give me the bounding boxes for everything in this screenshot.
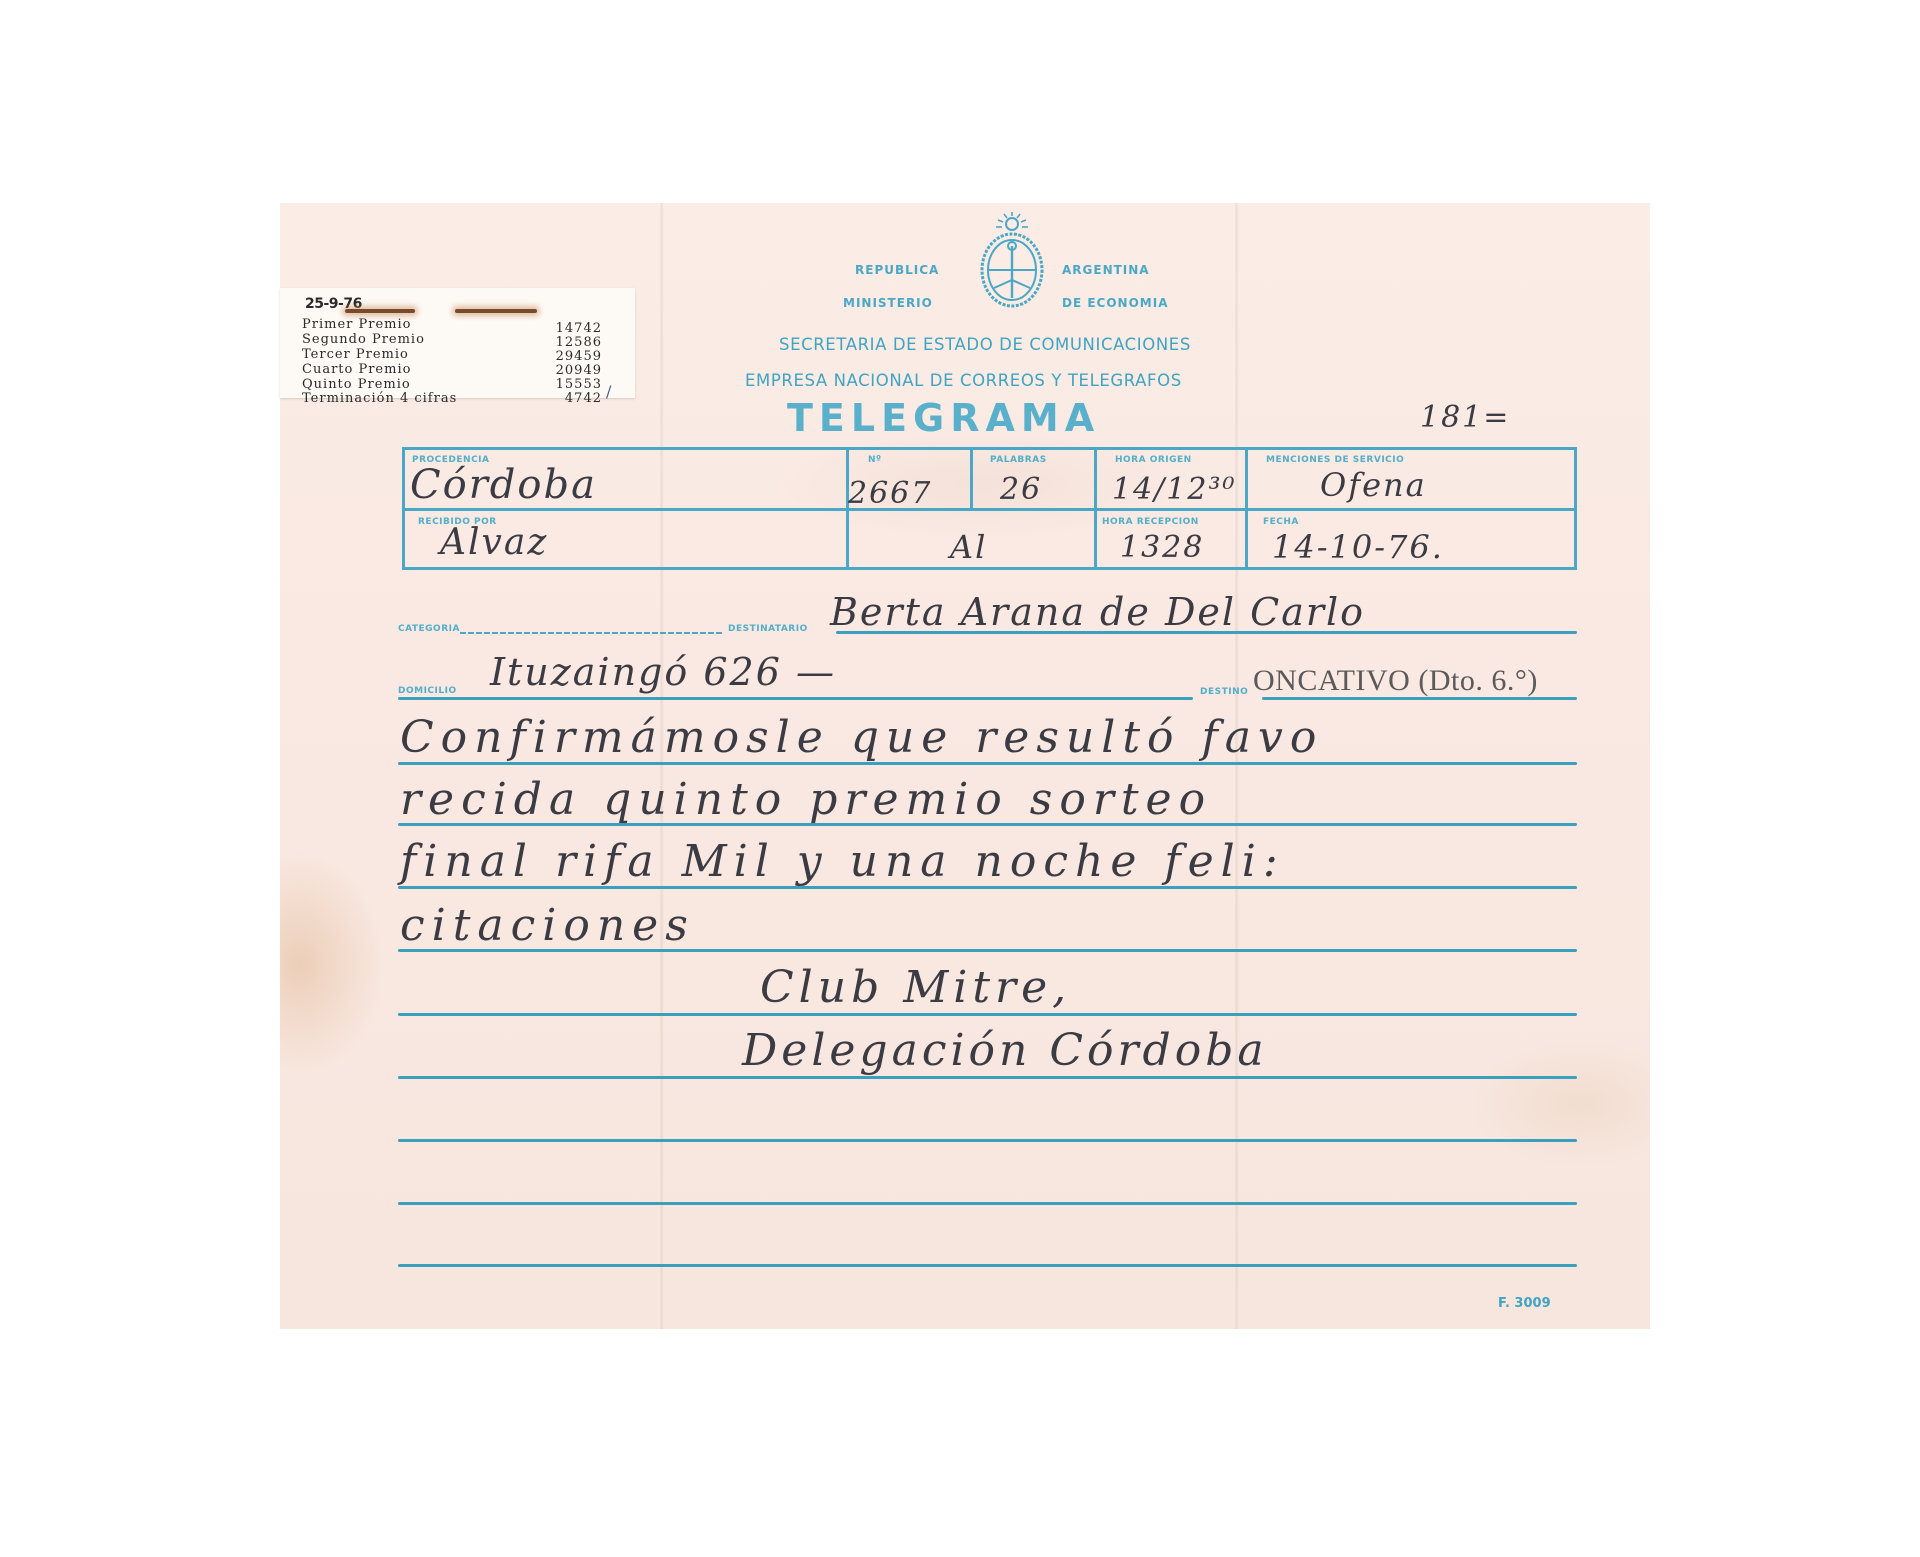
staple-burn-mark (345, 309, 415, 313)
label-menciones-de-servicio: MENCIONES DE SERVICIO (1266, 455, 1404, 465)
form-number: F. 3009 (1498, 1296, 1551, 1311)
value-fecha: 14-10-76. (1272, 528, 1444, 566)
argentine-coat-of-arms-icon (976, 210, 1048, 310)
label-numero: Nº (868, 455, 882, 465)
value-hora-recepcion: 1328 (1120, 530, 1204, 565)
value-destinatario: Berta Arana de Del Carlo (830, 590, 1365, 634)
header-ministerio: MINISTERIO (843, 296, 933, 310)
message-line (398, 1013, 1577, 1016)
message-line (398, 1202, 1577, 1205)
value-domicilio: Ituzaingó 626 — (490, 650, 836, 694)
message-line (398, 1139, 1577, 1142)
check-mark-icon: / (606, 382, 611, 401)
table-divider (970, 447, 973, 510)
value-palabras: 26 (1000, 472, 1042, 507)
table-divider (402, 508, 1577, 511)
value-numero: 2667 (848, 476, 932, 511)
message-text-line: recida quinto premio sorteo (400, 774, 1212, 825)
header-secretaria: SECRETARIA DE ESTADO DE COMUNICACIONES (779, 335, 1191, 354)
signature-club: Club Mitre, (760, 962, 1071, 1013)
message-text-line: Confirmámosle que resultó favo (400, 712, 1323, 763)
message-line (398, 1264, 1577, 1267)
value-menciones: Ofena (1320, 466, 1427, 504)
header-argentina: ARGENTINA (1062, 263, 1150, 277)
header-de-economia: DE ECONOMIA (1062, 296, 1168, 310)
message-text-line: citaciones (400, 900, 695, 951)
lottery-results-clipping: 25-9-76 Primer Premio 14742 Segundo Prem… (280, 288, 635, 398)
domicilio-line (398, 697, 1193, 700)
message-line (398, 1076, 1577, 1079)
categoria-line (460, 632, 722, 634)
label-fecha: FECHA (1263, 517, 1299, 527)
value-procedencia: Córdoba (410, 462, 597, 508)
label-hora-origen: HORA ORIGEN (1115, 455, 1192, 465)
table-divider (1245, 447, 1248, 570)
table-divider (1094, 447, 1097, 570)
page-title: TELEGRAMA (787, 398, 1197, 438)
message-text-line: final rifa Mil y una noche feli: (400, 836, 1285, 887)
label-hora-recepcion: HORA RECEPCION (1102, 517, 1199, 527)
handwritten-reference-number: 181= (1420, 400, 1510, 435)
label-palabras: PALABRAS (990, 455, 1047, 465)
value-recibido-por: Alvaz (440, 522, 548, 563)
label-destinatario: DESTINATARIO (728, 624, 808, 634)
label-destino: DESTINO (1200, 687, 1248, 697)
value-middle-cell: Al (950, 528, 987, 566)
staple-burn-mark (455, 309, 537, 313)
label-domicilio: DOMICILIO (398, 686, 457, 696)
header-republica: REPUBLICA (855, 263, 939, 277)
header-empresa: EMPRESA NACIONAL DE CORREOS Y TELEGRAFOS (745, 371, 1182, 390)
signature-delegation: Delegación Córdoba (742, 1025, 1268, 1076)
label-categoria: CATEGORIA (398, 624, 460, 634)
destino-stamp: ONCATIVO (Dto. 6.°) (1253, 664, 1538, 698)
value-hora-origen: 14/12³⁰ (1112, 472, 1237, 507)
